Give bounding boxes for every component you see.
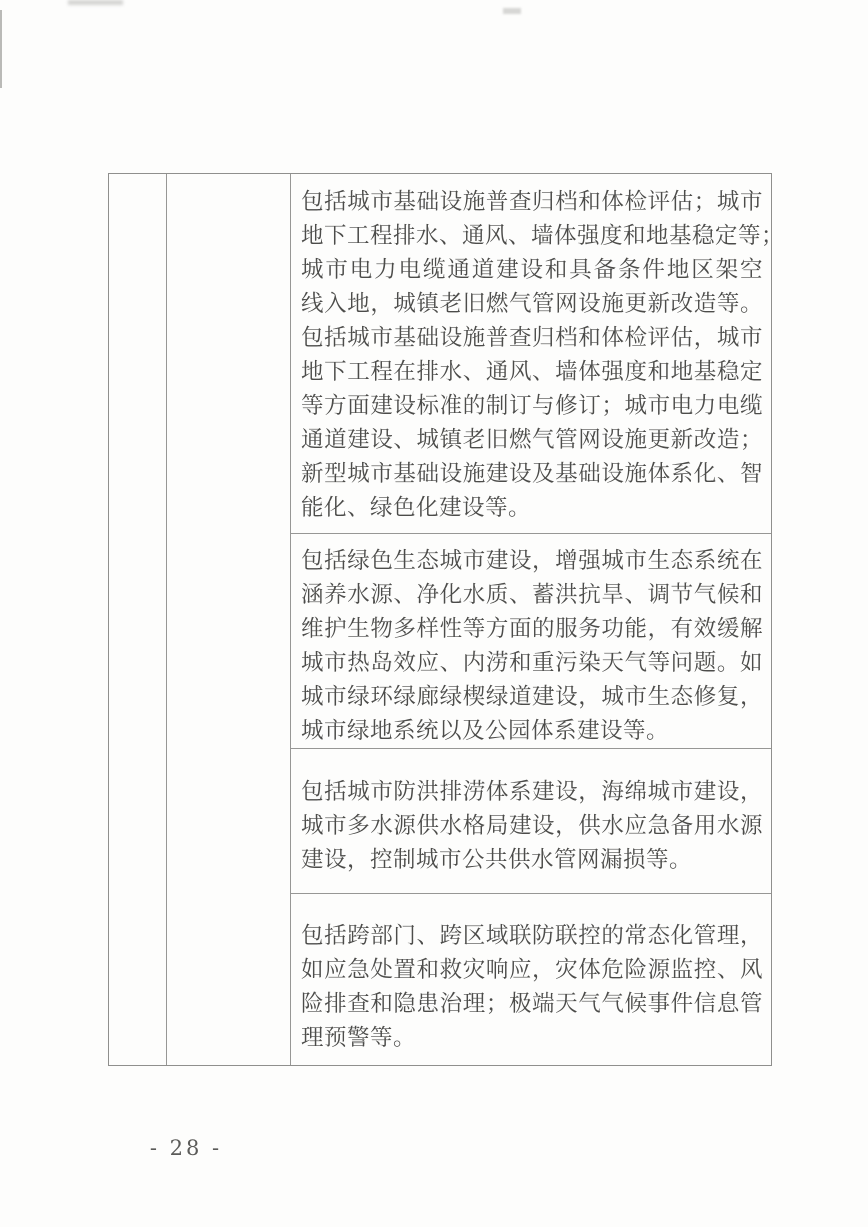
text-line: 涵养水源、净化水质、蓄洪抗旱、调节气候和 bbox=[301, 578, 763, 612]
text-line: 包括绿色生态城市建设，增强城市生态系统在 bbox=[301, 544, 763, 578]
table-vertical-border-1 bbox=[166, 174, 167, 1065]
scan-artifact-smudge bbox=[68, 0, 123, 5]
text-line: 新型城市基础设施建设及基础设施体系化、智 bbox=[301, 457, 763, 491]
text-line: 险排查和隐患治理；极端天气气候事件信息管 bbox=[301, 987, 763, 1021]
scan-artifact-edge-line bbox=[0, 10, 2, 88]
text-line: 维护生物多样性等方面的服务功能，有效缓解 bbox=[301, 612, 763, 646]
text-line: 建设，控制城市公共供水管网漏损等。 bbox=[301, 843, 763, 877]
table: 包括城市基础设施普查归档和体检评估；城市地下工程排水、通风、墙体强度和地基稳定等… bbox=[108, 173, 772, 1066]
text-line: 城市电力电缆通道建设和具备条件地区架空 bbox=[301, 253, 763, 287]
text-line: 包括跨部门、跨区域联防联控的常态化管理， bbox=[301, 919, 763, 953]
text-line: 通道建设、城镇老旧燃气管网设施更新改造； bbox=[301, 423, 763, 457]
text-line: 包括城市基础设施普查归档和体检评估，城市 bbox=[301, 321, 763, 355]
table-cell-emergency-management-description: 包括跨部门、跨区域联防联控的常态化管理，如应急处置和救灾响应，灾体危险源监控、风… bbox=[291, 894, 771, 1067]
table-cell-flood-control-description: 包括城市防洪排涝体系建设，海绵城市建设，城市多水源供水格局建设，供水应急备用水源… bbox=[291, 749, 771, 894]
text-line: 等方面建设标准的制订与修订；城市电力电缆 bbox=[301, 389, 763, 423]
table-cell-green-ecology-description: 包括绿色生态城市建设，增强城市生态系统在涵养水源、净化水质、蓄洪抗旱、调节气候和… bbox=[291, 534, 771, 749]
table-column-empty-2 bbox=[167, 174, 290, 1065]
page-number: - 28 - bbox=[148, 1134, 224, 1162]
text-line: 线入地，城镇老旧燃气管网设施更新改造等。 bbox=[301, 287, 763, 321]
text-line: 城市绿地系统以及公园体系建设等。 bbox=[301, 714, 763, 748]
text-line: 能化、绿色化建设等。 bbox=[301, 491, 763, 525]
table-cell-infrastructure-description: 包括城市基础设施普查归档和体检评估；城市地下工程排水、通风、墙体强度和地基稳定等… bbox=[291, 174, 771, 534]
text-line: 如应急处置和救灾响应，灾体危险源监控、风 bbox=[301, 953, 763, 987]
text-line: 包括城市基础设施普查归档和体检评估；城市 bbox=[301, 185, 763, 219]
table-column-description: 包括城市基础设施普查归档和体检评估；城市地下工程排水、通风、墙体强度和地基稳定等… bbox=[291, 174, 771, 1065]
text-line: 理预警等。 bbox=[301, 1021, 763, 1055]
text-line: 城市热岛效应、内涝和重污染天气等问题。如 bbox=[301, 646, 763, 680]
text-line: 地下工程在排水、通风、墙体强度和地基稳定 bbox=[301, 355, 763, 389]
document-page: 包括城市基础设施普查归档和体检评估；城市地下工程排水、通风、墙体强度和地基稳定等… bbox=[0, 0, 868, 1227]
text-line: 城市绿环绿廊绿楔绿道建设，城市生态修复， bbox=[301, 680, 763, 714]
text-line: 城市多水源供水格局建设，供水应急备用水源 bbox=[301, 809, 763, 843]
table-column-empty-1 bbox=[109, 174, 166, 1065]
text-line: 包括城市防洪排涝体系建设，海绵城市建设， bbox=[301, 775, 763, 809]
scan-artifact-dot bbox=[503, 8, 521, 14]
text-line: 地下工程排水、通风、墙体强度和地基稳定等； bbox=[301, 219, 763, 253]
